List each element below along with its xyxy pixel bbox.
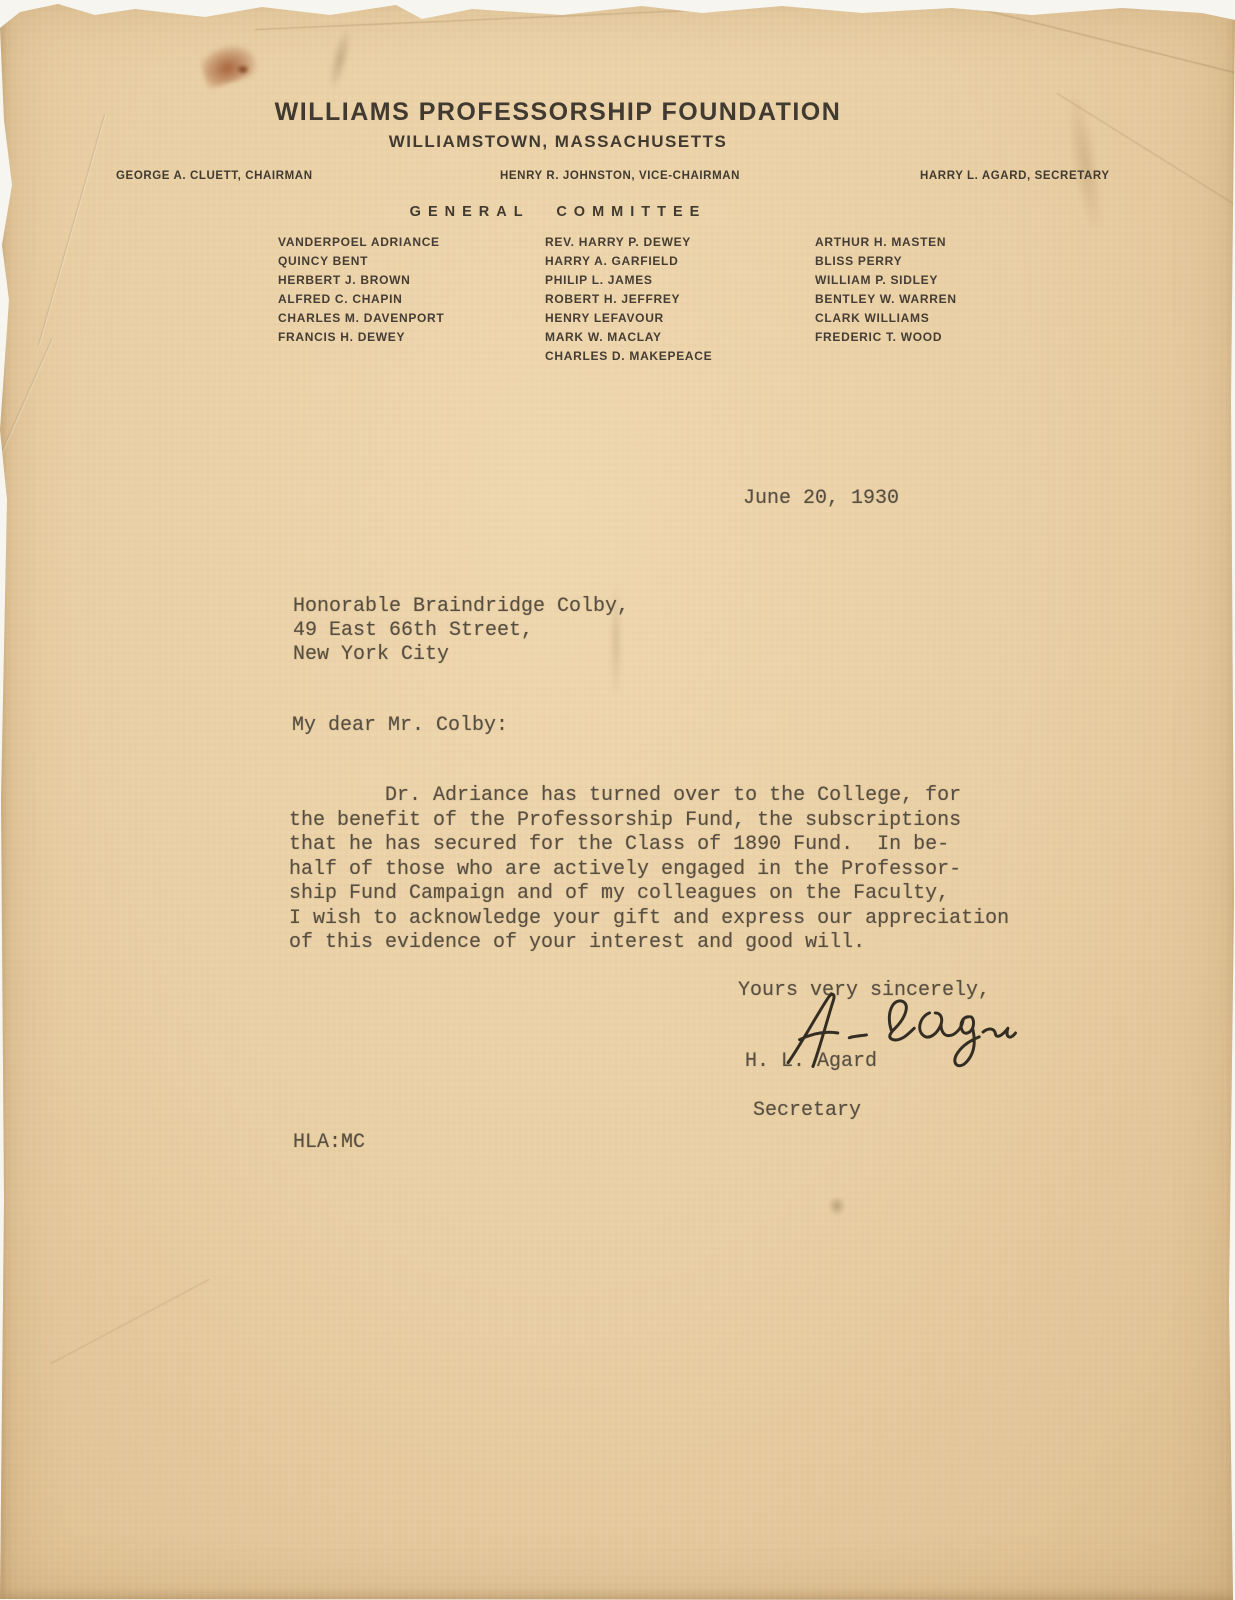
letter-body-line: that he has secured for the Class of 189… [289, 833, 1009, 858]
committee-member: HARRY A. GARFIELD [545, 252, 712, 271]
officer-secretary: HARRY L. AGARD, SECRETARY [920, 170, 1110, 182]
letter-body: Dr. Adriance has turned over to the Coll… [289, 784, 1009, 956]
committee-heading: GENERAL COMMITTEE [158, 204, 958, 220]
paper-crease [983, 9, 1235, 75]
committee-member: QUINCY BENT [278, 252, 444, 271]
committee-member: FRANCIS H. DEWEY [278, 328, 444, 347]
recipient-address-line: New York City [293, 643, 629, 667]
committee-column-3: ARTHUR H. MASTENBLISS PERRYWILLIAM P. SI… [815, 233, 957, 347]
officer-vice-chairman: HENRY R. JOHNSTON, VICE-CHAIRMAN [500, 170, 740, 182]
paper-stain [828, 1196, 846, 1216]
committee-member: ALFRED C. CHAPIN [278, 290, 444, 309]
officer-chairman: GEORGE A. CLUETT, CHAIRMAN [116, 170, 313, 182]
paper-crease [0, 338, 55, 522]
letterhead-title: WILLIAMS PROFESSORSHIP FOUNDATION [158, 98, 958, 127]
signer-title: Secretary [753, 1099, 861, 1122]
paper-crease [255, 8, 715, 31]
committee-member: FREDERIC T. WOOD [815, 328, 957, 347]
letter-body-line: ship Fund Campaign and of my colleagues … [289, 882, 1009, 907]
letter-body-line: Dr. Adriance has turned over to the Coll… [289, 784, 1009, 809]
committee-member: CHARLES D. MAKEPEACE [545, 347, 712, 366]
salutation: My dear Mr. Colby: [292, 714, 508, 737]
committee-member: HERBERT J. BROWN [278, 271, 444, 290]
letter-document: WILLIAMS PROFESSORSHIP FOUNDATION WILLIA… [0, 0, 1235, 1600]
committee-member: ARTHUR H. MASTEN [815, 233, 957, 252]
letter-body-line: I wish to acknowledge your gift and expr… [289, 907, 1009, 932]
scanned-letter-page: WILLIAMS PROFESSORSHIP FOUNDATION WILLIA… [0, 0, 1235, 1600]
letter-body-line: the benefit of the Professorship Fund, t… [289, 809, 1009, 834]
paper-stain [198, 39, 260, 90]
recipient-address-line: Honorable Braindridge Colby, [293, 595, 629, 619]
committee-member: CLARK WILLIAMS [815, 309, 957, 328]
paper-crease [1056, 92, 1235, 211]
paper-stain [236, 64, 250, 75]
letter-date: June 20, 1930 [743, 487, 899, 510]
paper-crease [37, 114, 107, 346]
committee-member: BENTLEY W. WARREN [815, 290, 957, 309]
paper-crease [50, 1278, 210, 1365]
committee-member: PHILIP L. JAMES [545, 271, 712, 290]
letter-body-line: of this evidence of your interest and go… [289, 931, 1009, 956]
committee-member: REV. HARRY P. DEWEY [545, 233, 712, 252]
committee-member: CHARLES M. DAVENPORT [278, 309, 444, 328]
paper-stain [324, 25, 355, 93]
committee-member: ROBERT H. JEFFREY [545, 290, 712, 309]
committee-member: WILLIAM P. SIDLEY [815, 271, 957, 290]
committee-column-2: REV. HARRY P. DEWEYHARRY A. GARFIELDPHIL… [545, 233, 712, 366]
committee-member: HENRY LEFAVOUR [545, 309, 712, 328]
typist-reference: HLA:MC [293, 1131, 365, 1154]
committee-member: VANDERPOEL ADRIANCE [278, 233, 444, 252]
letter-body-line: half of those who are actively engaged i… [289, 858, 1009, 883]
letterhead-location: WILLIAMSTOWN, MASSACHUSETTS [158, 132, 958, 152]
typed-signer-name: H. L. Agard [745, 1050, 877, 1073]
recipient-address: Honorable Braindridge Colby,49 East 66th… [293, 595, 629, 667]
committee-column-1: VANDERPOEL ADRIANCEQUINCY BENTHERBERT J.… [278, 233, 444, 347]
committee-member: BLISS PERRY [815, 252, 957, 271]
committee-member: MARK W. MACLAY [545, 328, 712, 347]
recipient-address-line: 49 East 66th Street, [293, 619, 629, 643]
paper-stain [1060, 87, 1109, 239]
